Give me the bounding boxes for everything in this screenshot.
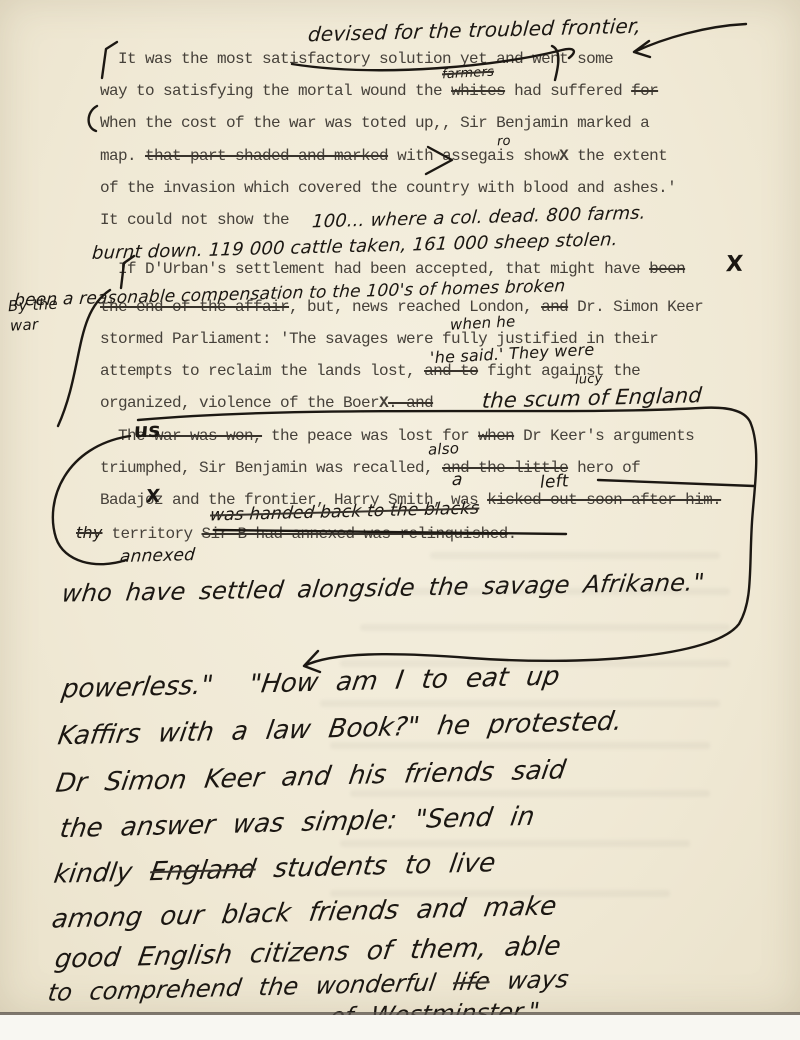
struck-text: and to	[424, 362, 478, 380]
handwritten-casualties-1: 100... where a col. dead. 800 farms.	[311, 203, 646, 233]
struck-text: for	[631, 82, 658, 100]
typed-text: with assegais show	[388, 147, 559, 165]
insert-text: also	[428, 439, 460, 459]
showthrough-mark	[430, 552, 720, 559]
pen-loop-stroke	[89, 106, 97, 131]
insert-text: farmers	[442, 65, 495, 83]
typed-line: attempts to reclaim the lands lost, and …	[100, 362, 640, 380]
typed-text: territory	[102, 525, 201, 543]
typed-line: map. that part shaded and marked with as…	[100, 147, 667, 165]
typed-line: of the invasion which covered the countr…	[100, 179, 676, 197]
typed-line: It was the most satisfactory solution ye…	[118, 50, 613, 68]
showthrough-mark	[330, 742, 710, 749]
handwritten-left: left	[539, 471, 569, 492]
struck-text: Sir B had annexed was relinquished	[202, 525, 508, 543]
typed-text: Dr. Simon Keer	[568, 298, 703, 316]
script-text: the answer was simple: "Send in	[58, 802, 537, 845]
showthrough-mark	[350, 790, 710, 797]
insert-text: annexed	[119, 545, 196, 567]
typed-line: the end of the affair, but, news reached…	[100, 298, 703, 316]
manuscript-page: devised for the troubled frontier, It wa…	[0, 0, 800, 1013]
struck-hand-word: thy	[76, 523, 102, 542]
typed-line: When the cost of the war was toted up,, …	[100, 114, 649, 132]
handwritten-insert-top: devised for the troubled frontier,	[307, 14, 642, 47]
insert-text: 100... where a col. dead. 800 farms.	[311, 203, 646, 233]
handwritten-annexed: annexed	[119, 545, 196, 567]
handwritten-paragraph-line: kindly England students to live	[52, 848, 498, 890]
insert-text: us	[133, 418, 161, 443]
insert-text: who have settled alongside the savage Af…	[60, 568, 706, 607]
typed-text: It was the most satisfactory solution ye…	[118, 50, 487, 68]
handwritten-paragraph-line: among our black friends and make	[50, 891, 559, 934]
typed-text: When the cost of the war was toted up,, …	[100, 114, 649, 132]
typed-text: and went some	[487, 50, 613, 68]
typed-text: fight against the	[478, 362, 640, 380]
insert-text: war	[10, 315, 39, 334]
scan-background	[0, 1015, 800, 1040]
strike-stroke	[598, 480, 754, 486]
typed-text: of the invasion which covered the countr…	[100, 179, 676, 197]
arrow-stroke	[634, 24, 746, 57]
script-text: among our black friends and make	[50, 891, 559, 934]
struck-script-text: England	[148, 854, 258, 887]
typed-text: map.	[100, 147, 145, 165]
showthrough-mark	[320, 700, 720, 707]
typed-line: The war was won, the peace was lost for …	[118, 427, 694, 445]
overtype-x: X	[559, 147, 568, 165]
typed-text: organized, violence of the Boer	[100, 394, 379, 412]
script-text: students to live	[253, 848, 497, 884]
overtype-x: X	[379, 394, 388, 412]
bracket-stroke	[102, 42, 117, 78]
script-text: powerless." "How am I to eat up	[60, 661, 562, 704]
handwritten-caret: a	[451, 470, 463, 490]
handwritten-paragraph-line: powerless." "How am I to eat up	[60, 661, 562, 704]
struck-text: kicked out soon after him.	[487, 491, 721, 509]
handwritten-casualties-2: burnt down. 119 000 cattle taken, 161 00…	[91, 229, 618, 264]
handwritten-settled-line: who have settled alongside the savage Af…	[60, 568, 706, 607]
handwritten-us-over-the: us	[133, 418, 161, 443]
typed-text: Dr Keer's arguments	[514, 427, 694, 445]
insert-text: the scum of England	[481, 383, 703, 413]
insert-text: X	[145, 486, 161, 507]
struck-text: . and	[388, 394, 433, 412]
typed-text: had suffered	[505, 82, 631, 100]
handwritten-x-badajoz: X	[145, 486, 161, 507]
insert-text: burnt down. 119 000 cattle taken, 161 00…	[91, 229, 618, 264]
typed-text: the extent	[568, 147, 667, 165]
handwritten-paragraph-line: the answer was simple: "Send in	[58, 802, 537, 845]
struck-text: when	[478, 427, 514, 445]
scanned-manuscript: devised for the troubled frontier, It wa…	[0, 0, 800, 1040]
insert-text: By the	[8, 295, 59, 316]
handwritten-insert-farmers: farmers	[442, 65, 495, 83]
struck-script-text: life	[451, 967, 492, 996]
typed-text: way to satisfying the mortal wound the	[100, 82, 451, 100]
struck-text: whites	[451, 82, 505, 100]
showthrough-mark	[340, 840, 690, 847]
typed-text: triumphed, Sir Benjamin was recalled,	[100, 459, 442, 477]
typed-text: hero of	[568, 459, 640, 477]
typed-line: organized, violence of the BoerX. and	[100, 394, 433, 412]
typed-line: thy territory Sir B had annexed was reli…	[76, 523, 517, 543]
script-text: kindly	[52, 857, 153, 890]
handwritten-scum-england: the scum of England	[481, 383, 703, 413]
showthrough-mark	[360, 624, 730, 631]
script-text: ways	[488, 965, 571, 995]
insert-text: devised for the troubled frontier,	[307, 14, 642, 47]
typed-text: attempts to reclaim the lands lost,	[100, 362, 424, 380]
typed-line: It could not show the	[100, 211, 298, 229]
typed-text: .	[508, 525, 517, 543]
handwritten-also: also	[428, 439, 460, 459]
struck-text: that part shaded and marked	[145, 147, 388, 165]
margin-note-line2: war	[10, 315, 39, 334]
typed-text: It could not show the	[100, 211, 298, 229]
insert-text: left	[539, 471, 569, 492]
struck-text: the end of the affair	[100, 298, 289, 316]
insert-text: a	[451, 470, 463, 490]
margin-note-line1: By the	[8, 295, 59, 316]
struck-text: and	[541, 298, 568, 316]
typed-line: way to satisfying the mortal wound the w…	[100, 82, 658, 100]
